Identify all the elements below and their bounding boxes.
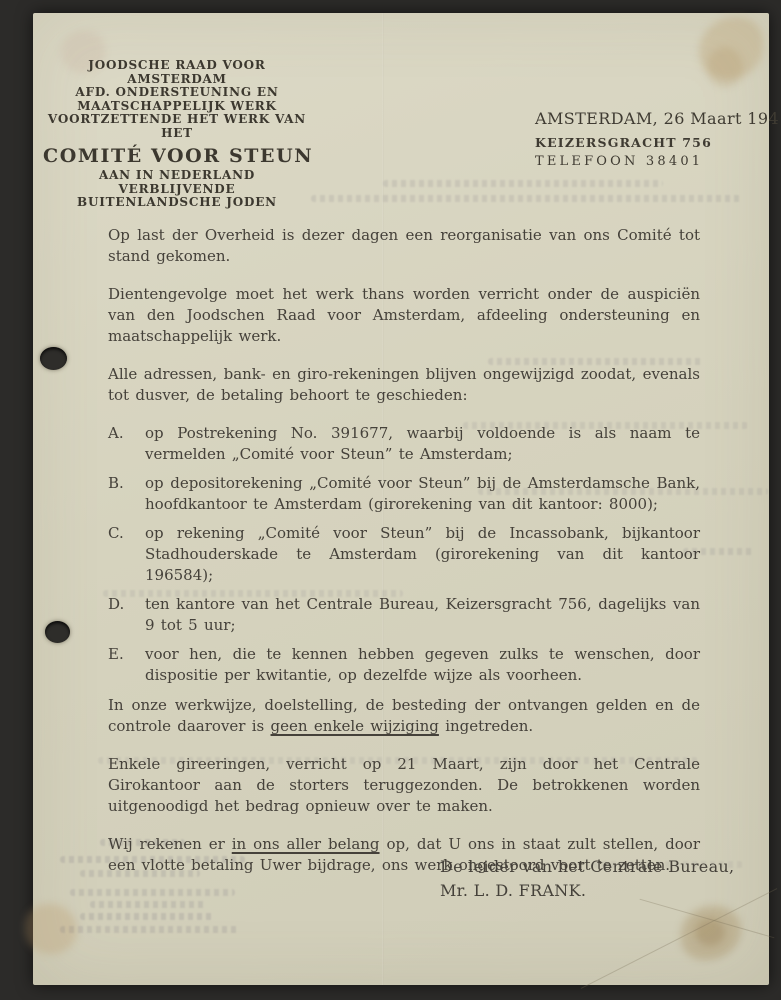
list-item-text: op Postrekening No. 391677, waarbij vold… (145, 423, 700, 465)
closing-block: De leider van het Centrale Bureau, Mr. L… (440, 855, 734, 903)
list-item: C. op rekening „Comité voor Steun” bij d… (108, 523, 700, 586)
paragraph-appeal-before: Wij rekenen er (108, 835, 225, 853)
bleedthrough-smudge (311, 195, 741, 202)
list-item: D. ten kantore van het Centrale Bureau, … (108, 594, 700, 636)
closing-role: De leider van het Centrale Bureau, (440, 855, 734, 879)
bleedthrough-smudge (383, 180, 663, 187)
dateline-block: AMSTERDAM, 26 Maart 1941. KEIZERSGRACHT … (535, 109, 781, 169)
letterhead-org-line: JOODSCHE RAAD VOOR AMSTERDAM (43, 59, 311, 86)
list-item: A. op Postrekening No. 391677, waarbij v… (108, 423, 700, 465)
city-and-date: AMSTERDAM, 26 Maart 1941. (535, 109, 781, 128)
committee-sub-line: AAN IN NEDERLAND VERBLIJVENDE (43, 169, 311, 196)
paragraph-giro-returns: Enkele gireeringen, verricht op 21 Maart… (108, 754, 700, 817)
paragraph-no-change: In onze werkwijze, doelstelling, de best… (108, 695, 700, 737)
bleedthrough-smudge (60, 926, 240, 933)
committee-sub-line: BUITENLANDSCHE JODEN (43, 196, 311, 210)
telephone-number: TELEFOON 38401 (535, 154, 781, 169)
bleedthrough-smudge (80, 913, 215, 920)
bleedthrough-smudge (90, 901, 205, 908)
list-item: B. op depositorekening „Comité voor Steu… (108, 473, 700, 515)
list-item-label: C. (108, 523, 145, 586)
letterhead: JOODSCHE RAAD VOOR AMSTERDAM AFD. ONDERS… (43, 59, 311, 210)
paragraph-no-change-after: ingetreden. (445, 717, 533, 735)
paper-stain (707, 47, 743, 87)
payment-options-list: A. op Postrekening No. 391677, waarbij v… (108, 423, 700, 686)
list-item-text: op depositorekening „Comité voor Steun” … (145, 473, 700, 515)
paragraph-payment-intro: Alle adressen, bank- en giro-rekeningen … (108, 364, 700, 406)
list-item: E. voor hen, die te kennen hebben gegeve… (108, 644, 700, 686)
punch-hole (40, 347, 67, 370)
paragraph-appeal-underlined: in ons aller belang (232, 835, 380, 853)
list-item-label: A. (108, 423, 145, 465)
letter-paper: JOODSCHE RAAD VOOR AMSTERDAM AFD. ONDERS… (33, 13, 769, 985)
paper-crease (581, 888, 777, 989)
closing-signature-name: Mr. L. D. FRANK. (440, 879, 734, 903)
letterhead-org-line: MAATSCHAPPELIJK WERK (43, 100, 311, 114)
street-address: KEIZERSGRACHT 756 (535, 135, 781, 150)
list-item-label: B. (108, 473, 145, 515)
letter-body: Op last der Overheid is dezer dagen een … (108, 225, 700, 893)
letterhead-org-line: VOORTZETTENDE HET WERK VAN HET (43, 113, 311, 140)
committee-name: COMITÉ VOOR STEUN (43, 145, 311, 167)
paragraph-reorganisation: Op last der Overheid is dezer dagen een … (108, 225, 700, 267)
letterhead-org-line: AFD. ONDERSTEUNING EN (43, 86, 311, 100)
list-item-text: voor hen, die te kennen hebben gegeven z… (145, 644, 700, 686)
punch-hole (45, 621, 70, 643)
paragraph-auspicien: Dientengevolge moet het werk thans worde… (108, 284, 700, 347)
list-item-label: D. (108, 594, 145, 636)
list-item-label: E. (108, 644, 145, 686)
list-item-text: op rekening „Comité voor Steun” bij de I… (145, 523, 700, 586)
list-item-text: ten kantore van het Centrale Bureau, Kei… (145, 594, 700, 636)
paragraph-no-change-underlined: geen enkele wijziging (271, 717, 439, 735)
